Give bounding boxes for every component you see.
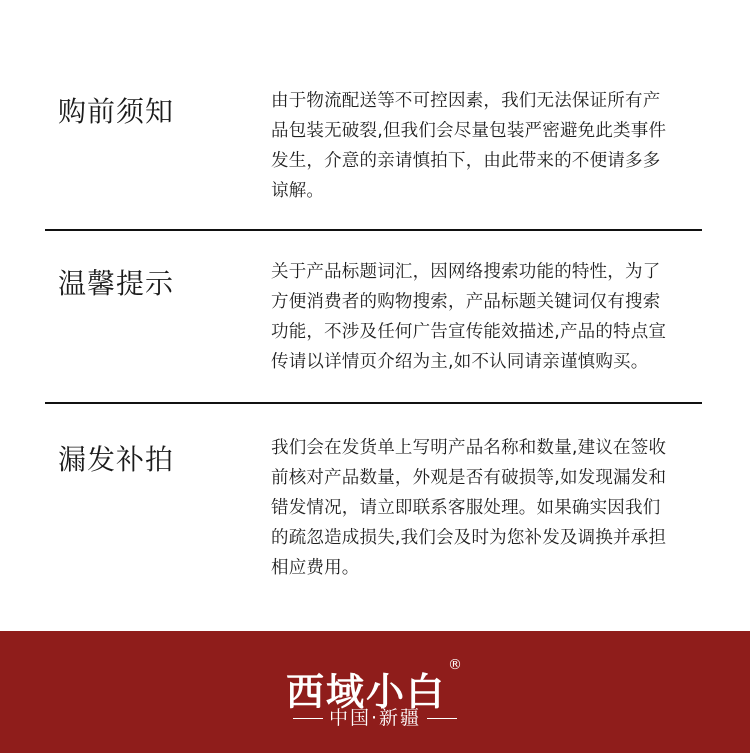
brand-footer: 西域小白® 中国·新疆 [0,631,750,753]
divider [45,229,702,231]
body-line: 功能，不涉及任何广告宣传能效描述,产品的特点宣 [271,317,703,347]
registered-trademark-icon: ® [448,657,464,673]
body-line: 方便消费者的购物搜索，产品标题关键词仅有搜索 [271,287,703,317]
section-body: 由于物流配送等不可控因素，我们无法保证所有产 品包装无破裂,但我们会尽量包装严密… [271,86,703,206]
body-line: 的疏忽造成损失,我们会及时为您补发及调换并承担 [271,523,703,553]
body-line: 错发情况，请立即联系客服处理。如果确实因我们 [271,493,703,523]
body-line: 品包装无破裂,但我们会尽量包装严密避免此类事件 [271,116,703,146]
dash-line [293,718,323,719]
section-heading: 温馨提示 [58,262,174,302]
divider [45,402,702,404]
brand-tagline: 中国·新疆 [0,703,750,730]
body-line: 我们会在发货单上写明产品名称和数量,建议在签收 [271,433,703,463]
body-line: 发生，介意的亲请慎拍下，由此带来的不便请多多 [271,146,703,176]
section-body: 关于产品标题词汇，因网络搜索功能的特性，为了 方便消费者的购物搜索，产品标题关键… [271,257,703,377]
section-heading: 购前须知 [58,90,174,130]
tagline-text: 中国·新疆 [329,707,421,729]
body-line: 前核对产品数量，外观是否有破损等,如发现漏发和 [271,463,703,493]
body-line: 由于物流配送等不可控因素，我们无法保证所有产 [271,86,703,116]
body-line: 相应费用。 [271,553,703,583]
section-heading: 漏发补拍 [58,438,174,478]
body-line: 关于产品标题词汇，因网络搜索功能的特性，为了 [271,257,703,287]
body-line: 传请以详情页介绍为主,如不认同请亲谨慎购买。 [271,347,703,377]
body-line: 谅解。 [271,176,703,206]
dash-line [427,718,457,719]
section-body: 我们会在发货单上写明产品名称和数量,建议在签收 前核对产品数量，外观是否有破损等… [271,433,703,583]
